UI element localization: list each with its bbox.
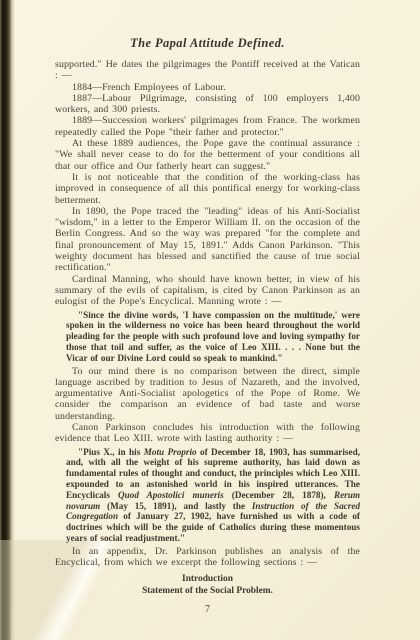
quote-segment: (May 15, 1891), and lastly the [100,501,252,511]
excerpted-sections-list: Introduction Statement of the Social Pro… [55,573,360,597]
page-number: 7 [55,604,360,615]
pilgrimage-date-1884: 1884—French Employees of Labour. [55,82,360,93]
quote-segment: (December 28, 1878), [224,490,334,500]
quote-segment: "Pius X., in his [78,447,144,457]
blockquote-pius-x: "Pius X., in his Motu Proprio of Decembe… [66,447,360,544]
blockquote-manning: "Since the divine words, 'I have compass… [66,310,360,364]
pilgrimage-date-1889: 1889—Succession workers' pilgrimages fro… [55,115,360,138]
section-line-introduction: Introduction [55,573,360,585]
paragraph-1890-letter: In 1890, the Pope traced the "leading" i… [55,206,360,274]
title-quod-apostolici: Quod Apostolici muneris [118,490,224,500]
paragraph-comparison: To our mind there is no comparison betwe… [55,366,360,422]
scan-edge-shadow [0,0,15,640]
paragraph-noticeable: It is not noticeable that the condition … [55,172,360,206]
running-title: The Papal Attitude Defined. [55,36,360,51]
scanned-book-page: The Papal Attitude Defined. supported." … [0,0,420,640]
page-text-block: The Papal Attitude Defined. supported." … [55,36,360,615]
pilgrimage-date-1887: 1887—Labour Pilgrimage, consisting of 10… [55,93,360,116]
title-motu-proprio: Motu Proprio [144,447,197,457]
paragraph-supported: supported." He dates the pilgrimages the… [55,59,360,82]
paragraph-assurance: At these 1889 audiences, the Pope gave t… [55,138,360,172]
paragraph-appendix: In an appendix, Dr. Parkinson publishes … [55,546,360,569]
section-line-statement: Statement of the Social Problem. [55,585,360,597]
paragraph-manning-intro: Cardinal Manning, who should have known … [55,274,360,308]
paragraph-concludes: Canon Parkinson concludes his introducti… [55,422,360,445]
